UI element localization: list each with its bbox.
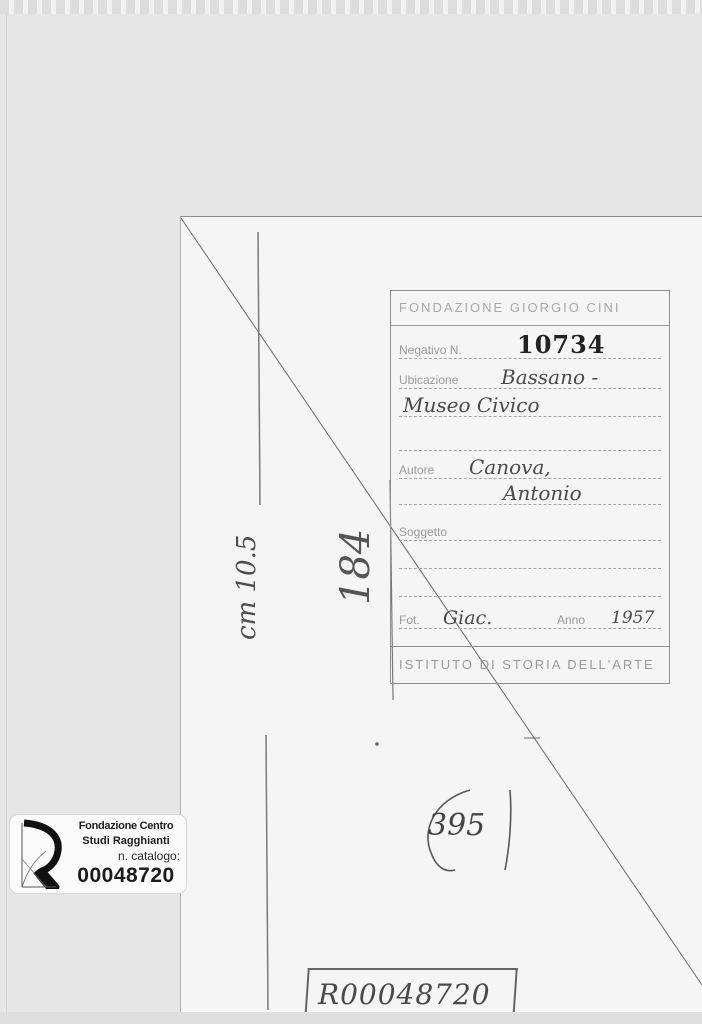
stamp-header: FONDAZIONE GIORGIO CINI (391, 291, 669, 326)
negative-row: Negativo N. 10734 (399, 339, 661, 361)
organization-line2: Studi Ragghianti (72, 834, 180, 848)
negative-number: 10734 (517, 330, 606, 359)
scan-bottom-edge (0, 1012, 702, 1024)
ragghianti-r-logo-icon (16, 819, 68, 889)
measure-line-top (258, 232, 260, 505)
catalog-caption: n. catalogo: (72, 848, 180, 864)
year-value: 1957 (611, 608, 654, 628)
author-row-2: Antonio (399, 485, 661, 507)
location-label: Ubicazione (399, 373, 462, 387)
author-label: Autore (399, 463, 438, 477)
circle-arc-right (505, 790, 511, 870)
author-value-line1: Canova, (469, 455, 551, 479)
measurement-annotation: cm 10.5 (232, 535, 262, 640)
subject-label: Soggetto (399, 525, 451, 539)
circled-number: 395 (428, 808, 485, 843)
organization-line1: Fondazione Centro (72, 819, 180, 834)
location-value-line1: Bassano - (501, 365, 598, 389)
location-row-2: Museo Civico (399, 397, 661, 419)
author-value-line2: Antonio (503, 481, 582, 505)
rotated-number-annotation: 184 (333, 529, 379, 605)
blank-row-3 (399, 577, 661, 599)
subject-row: Soggetto (399, 521, 661, 543)
location-row: Ubicazione Bassano - (399, 369, 661, 391)
catalog-number: 00048720 (72, 864, 180, 888)
catalog-sticker: Fondazione Centro Studi Ragghianti n. ca… (10, 815, 186, 893)
year-label: Anno (557, 613, 589, 627)
location-value-line2: Museo Civico (403, 393, 540, 417)
photographer-value: Giac. (443, 607, 492, 629)
negative-label: Negativo N. (399, 343, 466, 357)
stamp-footer: ISTITUTO DI STORIA DELL'ARTE (391, 646, 669, 683)
blank-row-2 (399, 549, 661, 571)
author-row: Autore Canova, (399, 459, 661, 481)
photographer-row: Fot. Giac. Anno 1957 (399, 609, 661, 631)
inventory-code: R00048720 (318, 978, 491, 1011)
archive-stamp: FONDAZIONE GIORGIO CINI Negativo N. 1073… (390, 290, 670, 684)
catalog-text: Fondazione Centro Studi Ragghianti n. ca… (72, 819, 180, 888)
photographer-label: Fot. (399, 613, 424, 627)
blank-row-1 (399, 431, 661, 453)
measure-line-bottom (266, 735, 268, 1010)
